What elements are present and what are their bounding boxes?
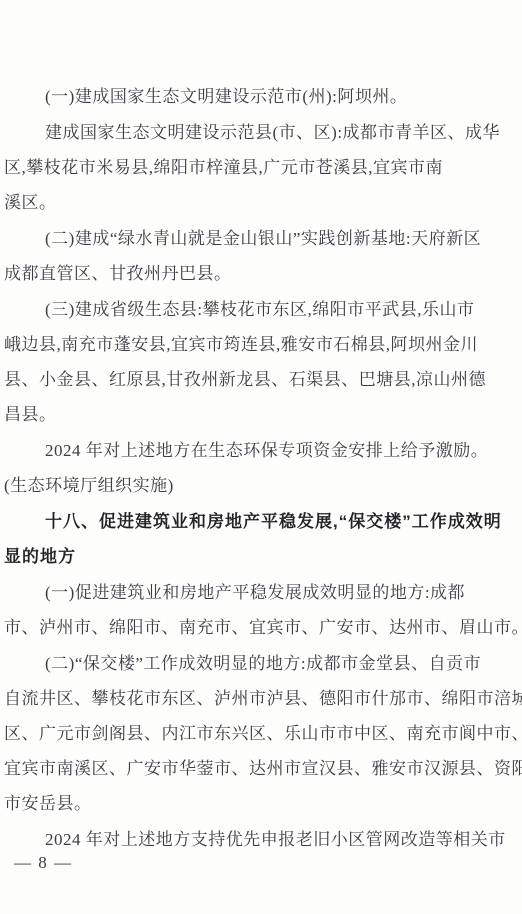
text-line: 县、小金县、红原县,甘孜州新龙县、石渠县、巴塘县,凉山州德 — [4, 362, 510, 397]
text-line: 2024 年对上述地方在生态环保专项资金安排上给予激励。 — [4, 433, 510, 468]
text-line: 溪区。 — [4, 185, 510, 220]
text-line: 市、泸州市、绵阳市、南充市、宜宾市、广安市、达州市、眉山市。 — [4, 610, 510, 645]
text-line: 建成国家生态文明建设示范县(市、区):成都市青羊区、成华 — [4, 115, 510, 150]
section-heading-line: 显的地方 — [4, 539, 510, 574]
text-line: 成都直管区、甘孜州丹巴县。 — [4, 256, 510, 291]
paragraph-baojiaolou-counties: (二)“保交楼”工作成效明显的地方:成都市金堂县、自贡市 自流井区、攀枝花市东区… — [4, 646, 510, 821]
text-line: 自流井区、攀枝花市东区、泸州市泸县、德阳市什邡市、绵阳市涪城 — [4, 681, 510, 716]
paragraph-green-mountain-bases: (二)建成“绿水青山就是金山银山”实践创新基地:天府新区 成都直管区、甘孜州丹巴… — [4, 221, 510, 291]
paragraph-provincial-eco-counties: (三)建成省级生态县:攀枝花市东区,绵阳市平武县,乐山市 峨边县,南充市蓬安县,… — [4, 292, 510, 432]
text-line: 区、广元市剑阁县、内江市东兴区、乐山市市中区、南充市阆中市、 — [4, 716, 510, 751]
text-line: (二)建成“绿水青山就是金山银山”实践创新基地:天府新区 — [4, 221, 510, 256]
text-line: 区,攀枝花市米易县,绵阳市梓潼县,广元市苍溪县,宜宾市南 — [4, 150, 510, 185]
paragraph-construction-cities: (一)促进建筑业和房地产平稳发展成效明显的地方:成都 市、泸州市、绵阳市、南充市… — [4, 575, 510, 645]
text-line: (生态环境厅组织实施) — [4, 468, 510, 503]
text-line: (一)促进建筑业和房地产平稳发展成效明显的地方:成都 — [4, 575, 510, 610]
text-line: (三)建成省级生态县:攀枝花市东区,绵阳市平武县,乐山市 — [4, 292, 510, 327]
text-line: (二)“保交楼”工作成效明显的地方:成都市金堂县、自贡市 — [4, 646, 510, 681]
page-number: — 8 — — [14, 848, 73, 878]
paragraph-eco-demo-city: (一)建成国家生态文明建设示范市(州):阿坝州。 — [4, 79, 510, 114]
text-line: 市安岳县。 — [4, 786, 510, 821]
section-heading-18: 十八、促进建筑业和房地产平稳发展,“保交楼”工作成效明 显的地方 — [4, 504, 510, 574]
paragraph-eco-demo-counties: 建成国家生态文明建设示范县(市、区):成都市青羊区、成华 区,攀枝花市米易县,绵… — [4, 115, 510, 220]
text-line: 2024 年对上述地方支持优先申报老旧小区管网改造等相关市 — [4, 822, 510, 857]
text-line: 昌县。 — [4, 397, 510, 432]
text-line: (一)建成国家生态文明建设示范市(州):阿坝州。 — [4, 79, 510, 114]
section-heading-line: 十八、促进建筑业和房地产平稳发展,“保交楼”工作成效明 — [4, 504, 510, 539]
paragraph-housing-incentive: 2024 年对上述地方支持优先申报老旧小区管网改造等相关市 — [4, 822, 510, 857]
text-line: 峨边县,南充市蓬安县,宜宾市筠连县,雅安市石棉县,阿坝州金川 — [4, 327, 510, 362]
document-body: (一)建成国家生态文明建设示范市(州):阿坝州。 建成国家生态文明建设示范县(市… — [4, 79, 510, 858]
document-page: (一)建成国家生态文明建设示范市(州):阿坝州。 建成国家生态文明建设示范县(市… — [0, 0, 522, 914]
paragraph-eco-incentive: 2024 年对上述地方在生态环保专项资金安排上给予激励。 (生态环境厅组织实施) — [4, 433, 510, 503]
text-line: 宜宾市南溪区、广安市华蓥市、达州市宣汉县、雅安市汉源县、资阳 — [4, 751, 510, 786]
